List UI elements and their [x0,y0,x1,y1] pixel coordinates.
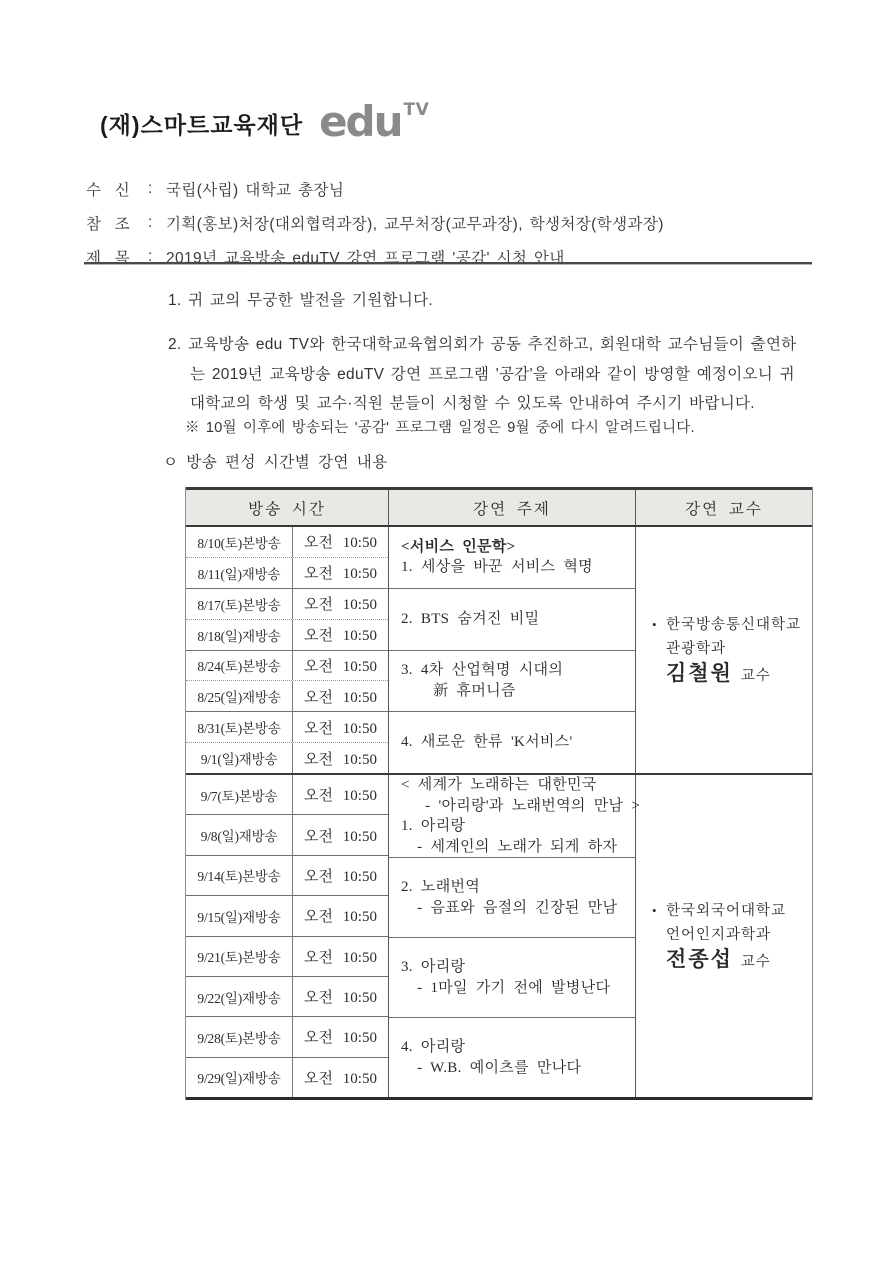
section-title: ㅇ 방송 편성 시간별 강연 내용 [163,450,388,472]
professor-name-line: 전종섭 교수 [652,947,812,974]
broadcast-row: 9/21(토)본방송 오전 10:50 [186,936,388,976]
schedule-table: 방송 시간 강연 주제 강연 교수 8/10(토)본방송 오전 10:50 8/… [185,487,813,1100]
broadcast-row: 9/8(일)재방송 오전 10:50 [186,814,388,854]
professor-title: 교수 [741,664,771,688]
paragraph-2-line-1: 2. 교육방송 edu TV와 한국대학교육협의회가 공동 추진하고, 회원대학… [168,330,848,360]
professor-cell: • 한국외국어대학교 언어인지과학과 전종섭 교수 [636,775,812,1097]
schedule-block-september: 9/7(토)본방송 오전 10:50 9/8(일)재방송 오전 10:50 9/… [186,775,812,1100]
broadcast-row: 8/24(토)본방송 오전 10:50 [186,650,388,681]
professor-affiliation: 한국방송통신대학교 [666,613,801,637]
date-cell: 9/14(토)본방송 [186,856,293,895]
topic-cell: < 세계가 노래하는 대한민국 - '아리랑'과 노래번역의 만남 > 1. 아… [389,775,635,857]
professor-name-line: 김철원 교수 [652,661,812,688]
professor-name: 전종섭 [666,947,733,971]
edutv-logo-text: edu [319,104,401,140]
broadcast-row: 9/1(일)재방송 오전 10:50 [186,742,388,773]
letterhead: (재)스마트교육재단 edu TV [100,104,429,140]
date-cell: 8/25(일)재방송 [186,681,293,711]
broadcast-row: 8/31(토)본방송 오전 10:50 [186,711,388,742]
broadcast-row: 9/14(토)본방송 오전 10:50 [186,855,388,895]
time-cell: 오전 10:50 [293,681,388,711]
topic-column: <서비스 인문학> 1. 세상을 바꾼 서비스 혁명 2. BTS 숨겨진 비밀… [389,527,636,773]
topic-column: < 세계가 노래하는 대한민국 - '아리랑'과 노래번역의 만남 > 1. 아… [389,775,636,1097]
time-cell: 오전 10:50 [293,620,388,650]
date-cell: 9/28(토)본방송 [186,1017,293,1056]
meta-row-cc: 참 조 : 기획(홍보)처장(대외협력과장), 교무처장(교무과장), 학생처장… [86,206,816,240]
cc-colon: : [148,214,166,232]
professor-affiliation-line: • 한국방송통신대학교 [652,613,812,637]
date-time-column: 9/7(토)본방송 오전 10:50 9/8(일)재방송 오전 10:50 9/… [186,775,389,1097]
date-cell: 9/15(일)재방송 [186,896,293,935]
schedule-note: ※ 10월 이후에 방송되는 '공감' 프로그램 일정은 9월 중에 다시 알려… [185,416,695,437]
broadcast-row: 8/18(일)재방송 오전 10:50 [186,619,388,650]
paragraph-2-line-2: 는 2019년 교육방송 eduTV 강연 프로그램 '공감'을 아래와 같이 … [168,360,848,390]
meta-row-subject: 제 목 : 2019년 교육방송 eduTV 강연 프로그램 '공감' 시청 안… [86,240,816,274]
professor-department: 관광학과 [652,637,812,661]
topic-line: - '아리랑'과 노래번역의 만남 > [401,796,635,817]
topic-cell: 4. 아리랑 - W.B. 예이츠를 만나다 [389,1017,635,1097]
topic-line: - W.B. 예이츠를 만나다 [401,1058,635,1079]
topic-cell: 2. 노래번역 - 음표와 음절의 긴장된 만남 [389,857,635,937]
topic-line: 新 휴머니즘 [401,681,635,702]
professor-department: 언어인지과학과 [652,923,812,947]
time-cell: 오전 10:50 [293,589,388,619]
date-cell: 8/18(일)재방송 [186,620,293,650]
date-cell: 9/8(일)재방송 [186,815,293,854]
date-cell: 8/17(토)본방송 [186,589,293,619]
time-cell: 오전 10:50 [293,712,388,742]
cc-value: 기획(홍보)처장(대외협력과장), 교무처장(교무과장), 학생처장(학생과장) [166,212,664,234]
topic-line: 1. 세상을 바꾼 서비스 혁명 [401,557,635,578]
topic-line: 1. 아리랑 [401,816,635,837]
date-cell: 9/22(일)재방송 [186,977,293,1016]
topic-line: - 음표와 음절의 긴장된 만남 [401,898,635,919]
professor-title: 교수 [741,950,771,974]
time-cell: 오전 10:50 [293,1017,388,1056]
cc-label: 참 조 [86,212,148,234]
recipient-label: 수 신 [86,178,148,200]
topic-cell: <서비스 인문학> 1. 세상을 바꾼 서비스 혁명 [389,527,635,588]
meta-row-recipient: 수 신 : 국립(사립) 대학교 총장님 [86,172,816,206]
title-divider [84,262,812,265]
document-page: (재)스마트교육재단 edu TV 수 신 : 국립(사립) 대학교 총장님 참… [0,0,893,1262]
date-cell: 9/21(토)본방송 [186,937,293,976]
topic-line: - 세계인의 노래가 되게 하자 [401,837,635,858]
date-cell: 8/11(일)재방송 [186,558,293,588]
broadcast-row: 8/11(일)재방송 오전 10:50 [186,557,388,588]
header-lecture-topic: 강연 주제 [389,490,636,525]
time-cell: 오전 10:50 [293,651,388,681]
broadcast-row: 9/29(일)재방송 오전 10:50 [186,1057,388,1097]
table-header-row: 방송 시간 강연 주제 강연 교수 [186,487,812,527]
bullet-icon: • [652,613,666,637]
organization-name: (재)스마트교육재단 [100,107,303,140]
time-cell: 오전 10:50 [293,775,388,814]
date-cell: 8/31(토)본방송 [186,712,293,742]
professor-name: 김철원 [666,661,733,685]
date-time-column: 8/10(토)본방송 오전 10:50 8/11(일)재방송 오전 10:50 … [186,527,389,773]
broadcast-row: 8/25(일)재방송 오전 10:50 [186,680,388,711]
professor-cell: • 한국방송통신대학교 관광학과 김철원 교수 [636,527,812,773]
date-cell: 9/29(일)재방송 [186,1058,293,1097]
topic-cell: 4. 새로운 한류 'K서비스' [389,711,635,773]
topic-cell: 3. 4차 산업혁명 시대의 新 휴머니즘 [389,650,635,712]
topic-line: 2. 노래번역 [401,877,635,898]
time-cell: 오전 10:50 [293,815,388,854]
recipient-value: 국립(사립) 대학교 총장님 [166,178,344,200]
date-cell: 8/24(토)본방송 [186,651,293,681]
professor-affiliation-line: • 한국외국어대학교 [652,899,812,923]
date-cell: 9/1(일)재방송 [186,743,293,773]
schedule-block-august: 8/10(토)본방송 오전 10:50 8/11(일)재방송 오전 10:50 … [186,527,812,775]
topic-line: 2. BTS 숨겨진 비밀 [401,609,635,630]
paragraph-2-line-3: 대학교의 학생 및 교수·직원 분들이 시청할 수 있도록 안내하여 주시기 바… [168,389,848,419]
letter-meta: 수 신 : 국립(사립) 대학교 총장님 참 조 : 기획(홍보)처장(대외협력… [86,172,816,274]
professor-affiliation: 한국외국어대학교 [666,899,786,923]
date-cell: 9/7(토)본방송 [186,775,293,814]
broadcast-row: 9/15(일)재방송 오전 10:50 [186,895,388,935]
edutv-logo-superscript: TV [404,100,430,120]
topic-line: 3. 아리랑 [401,957,635,978]
topic-line: - 1마일 가기 전에 발병난다 [401,978,635,999]
topic-cell: 3. 아리랑 - 1마일 가기 전에 발병난다 [389,937,635,1017]
time-cell: 오전 10:50 [293,977,388,1016]
broadcast-row: 9/22(일)재방송 오전 10:50 [186,976,388,1016]
broadcast-row: 9/7(토)본방송 오전 10:50 [186,775,388,814]
time-cell: 오전 10:50 [293,743,388,773]
time-cell: 오전 10:50 [293,856,388,895]
bullet-icon: • [652,899,666,923]
broadcast-row: 9/28(토)본방송 오전 10:50 [186,1016,388,1056]
body-paragraph-1: 1. 귀 교의 무궁한 발전을 기원합니다. [168,288,433,310]
recipient-colon: : [148,180,166,198]
topic-line: 4. 새로운 한류 'K서비스' [401,732,635,753]
time-cell: 오전 10:50 [293,1058,388,1097]
broadcast-row: 8/17(토)본방송 오전 10:50 [186,588,388,619]
time-cell: 오전 10:50 [293,558,388,588]
header-broadcast-time: 방송 시간 [186,490,389,525]
time-cell: 오전 10:50 [293,527,388,557]
topic-line: 4. 아리랑 [401,1037,635,1058]
time-cell: 오전 10:50 [293,896,388,935]
broadcast-row: 8/10(토)본방송 오전 10:50 [186,527,388,557]
date-cell: 8/10(토)본방송 [186,527,293,557]
topic-line: 3. 4차 산업혁명 시대의 [401,660,635,681]
header-lecturer: 강연 교수 [636,490,812,525]
topic-cell: 2. BTS 숨겨진 비밀 [389,588,635,650]
edutv-logo: edu TV [319,104,429,140]
body-paragraph-2: 2. 교육방송 edu TV와 한국대학교육협의회가 공동 추진하고, 회원대학… [168,330,848,419]
topic-line: < 세계가 노래하는 대한민국 [401,775,635,796]
topic-line: <서비스 인문학> [401,537,635,558]
time-cell: 오전 10:50 [293,937,388,976]
